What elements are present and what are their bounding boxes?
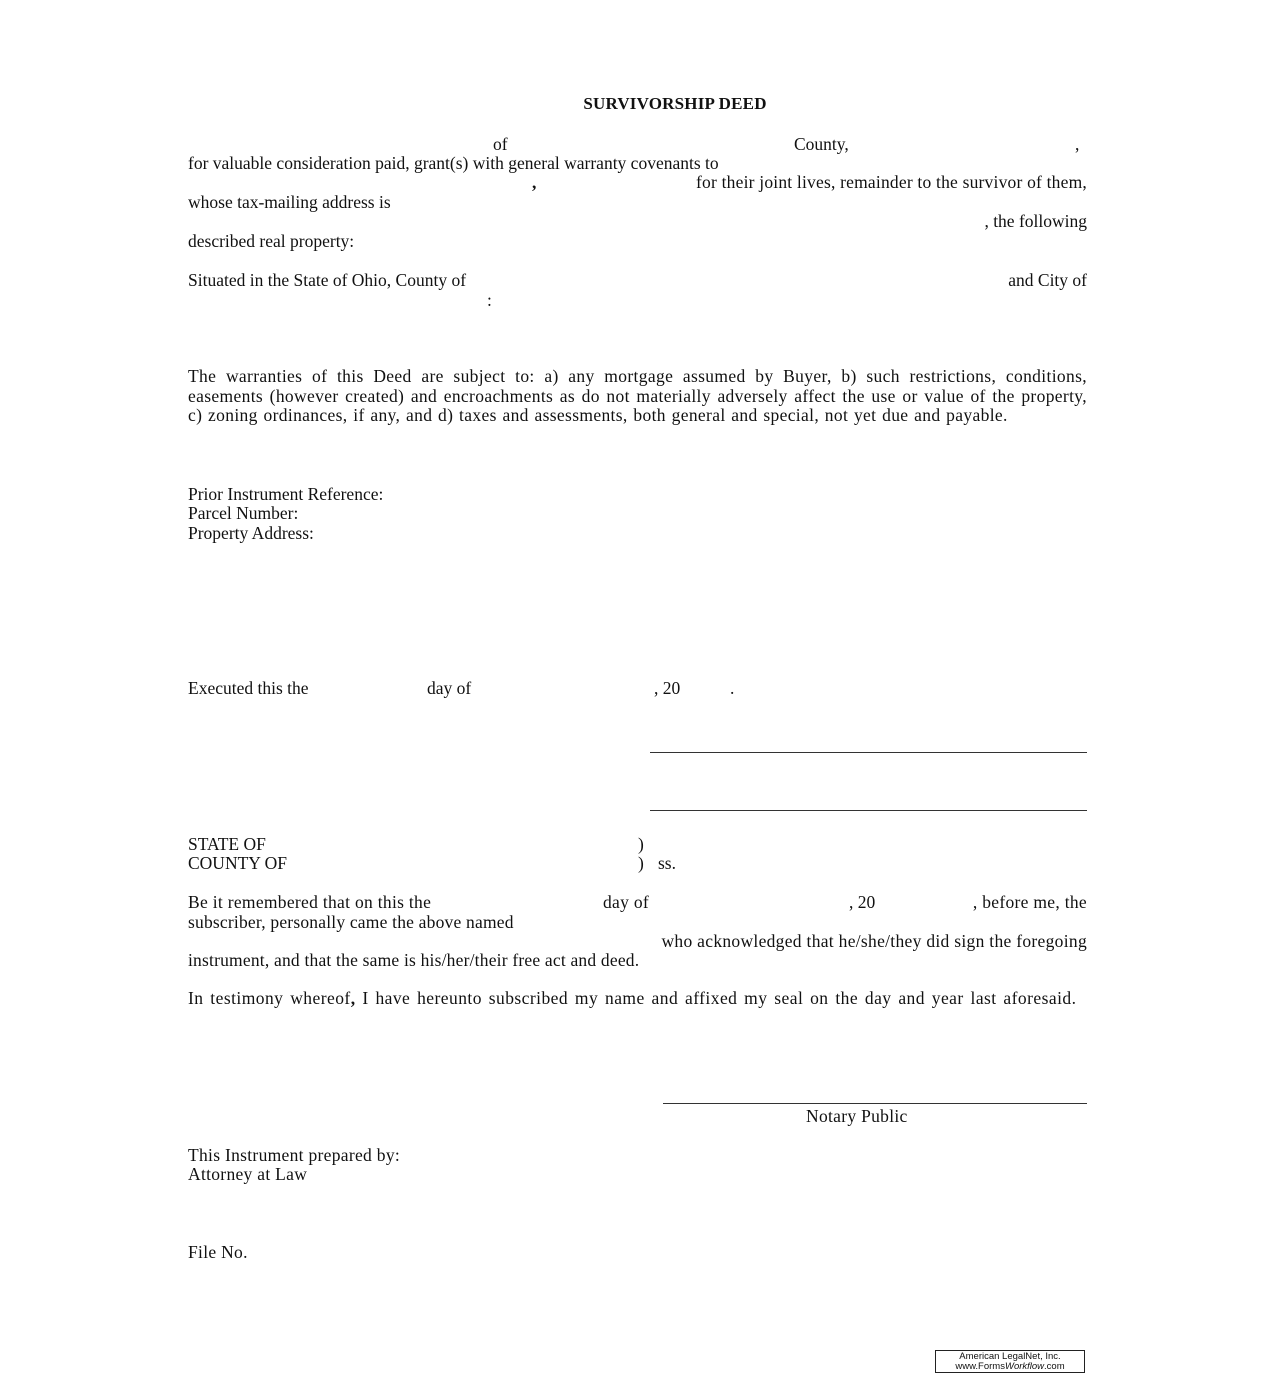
ack-year: , 20	[849, 892, 875, 912]
footer-website-italic: Workflow	[1005, 1361, 1044, 1372]
venue-paren-1: )	[638, 834, 644, 854]
attorney-at-law: Attorney at Law	[188, 1164, 307, 1184]
ack-free-act: instrument, and that the same is his/her…	[188, 950, 639, 970]
footer-website: www.FormsWorkflow.com	[936, 1362, 1084, 1372]
venue-paren-2: )	[638, 853, 644, 873]
grantor-signature-line-1	[650, 752, 1087, 753]
ack-before-me: , before me, the	[887, 892, 1087, 912]
executed-period: .	[730, 678, 734, 698]
prior-instrument-label: Prior Instrument Reference:	[188, 484, 383, 504]
ack-subscriber: subscriber, personally came the above na…	[188, 912, 514, 932]
state-of-label: STATE OF	[188, 834, 266, 854]
warranties-paragraph: The warranties of this Deed are subject …	[188, 367, 1087, 426]
testimony-paragraph: In testimony whereof, I have hereunto su…	[188, 989, 1087, 1009]
notary-public-label: Notary Public	[806, 1106, 908, 1126]
executed-day-of: day of	[427, 678, 471, 698]
ack-remembered: Be it remembered that on this the	[188, 892, 431, 912]
grantor-county: County,	[794, 134, 849, 154]
joint-lives-clause: for their joint lives, remainder to the …	[545, 172, 1087, 192]
tax-mailing-label: whose tax-mailing address is	[188, 192, 391, 212]
grantor-of: of	[493, 134, 508, 154]
document-title: SURVIVORSHIP DEED	[0, 94, 1275, 114]
the-following: , the following	[787, 211, 1087, 231]
file-no-label: File No.	[188, 1242, 248, 1262]
county-of-label: COUNTY OF	[188, 853, 287, 873]
prepared-by-label: This Instrument prepared by:	[188, 1145, 400, 1165]
situated-city-label: and City of	[887, 270, 1087, 290]
grantor-signature-line-2	[650, 810, 1087, 811]
executed-year: , 20	[654, 678, 680, 698]
notary-signature-line	[663, 1103, 1087, 1104]
venue-ss: ss.	[658, 853, 676, 873]
legalnet-footer-badge: American LegalNet, Inc. www.FormsWorkflo…	[935, 1350, 1085, 1373]
grantor-state-comma: ,	[1075, 134, 1079, 154]
situated-county-label: Situated in the State of Ohio, County of	[188, 270, 466, 290]
testimony-text-a: In testimony whereof	[188, 988, 351, 1008]
grant-clause: for valuable consideration paid, grant(s…	[188, 153, 719, 173]
property-address-label: Property Address:	[188, 523, 314, 543]
situated-colon: :	[487, 290, 492, 310]
ack-day-of: day of	[603, 892, 649, 912]
footer-website-prefix: www.Forms	[955, 1361, 1005, 1372]
parcel-number-label: Parcel Number:	[188, 503, 298, 523]
footer-website-suffix: .com	[1044, 1361, 1065, 1372]
executed-label: Executed this the	[188, 678, 309, 698]
described-property: described real property:	[188, 231, 354, 251]
ack-acknowledged: who acknowledged that he/she/they did si…	[487, 931, 1087, 951]
grantee-comma: ,	[532, 172, 536, 192]
testimony-text-b: I have hereunto subscribed my name and a…	[356, 988, 1077, 1008]
